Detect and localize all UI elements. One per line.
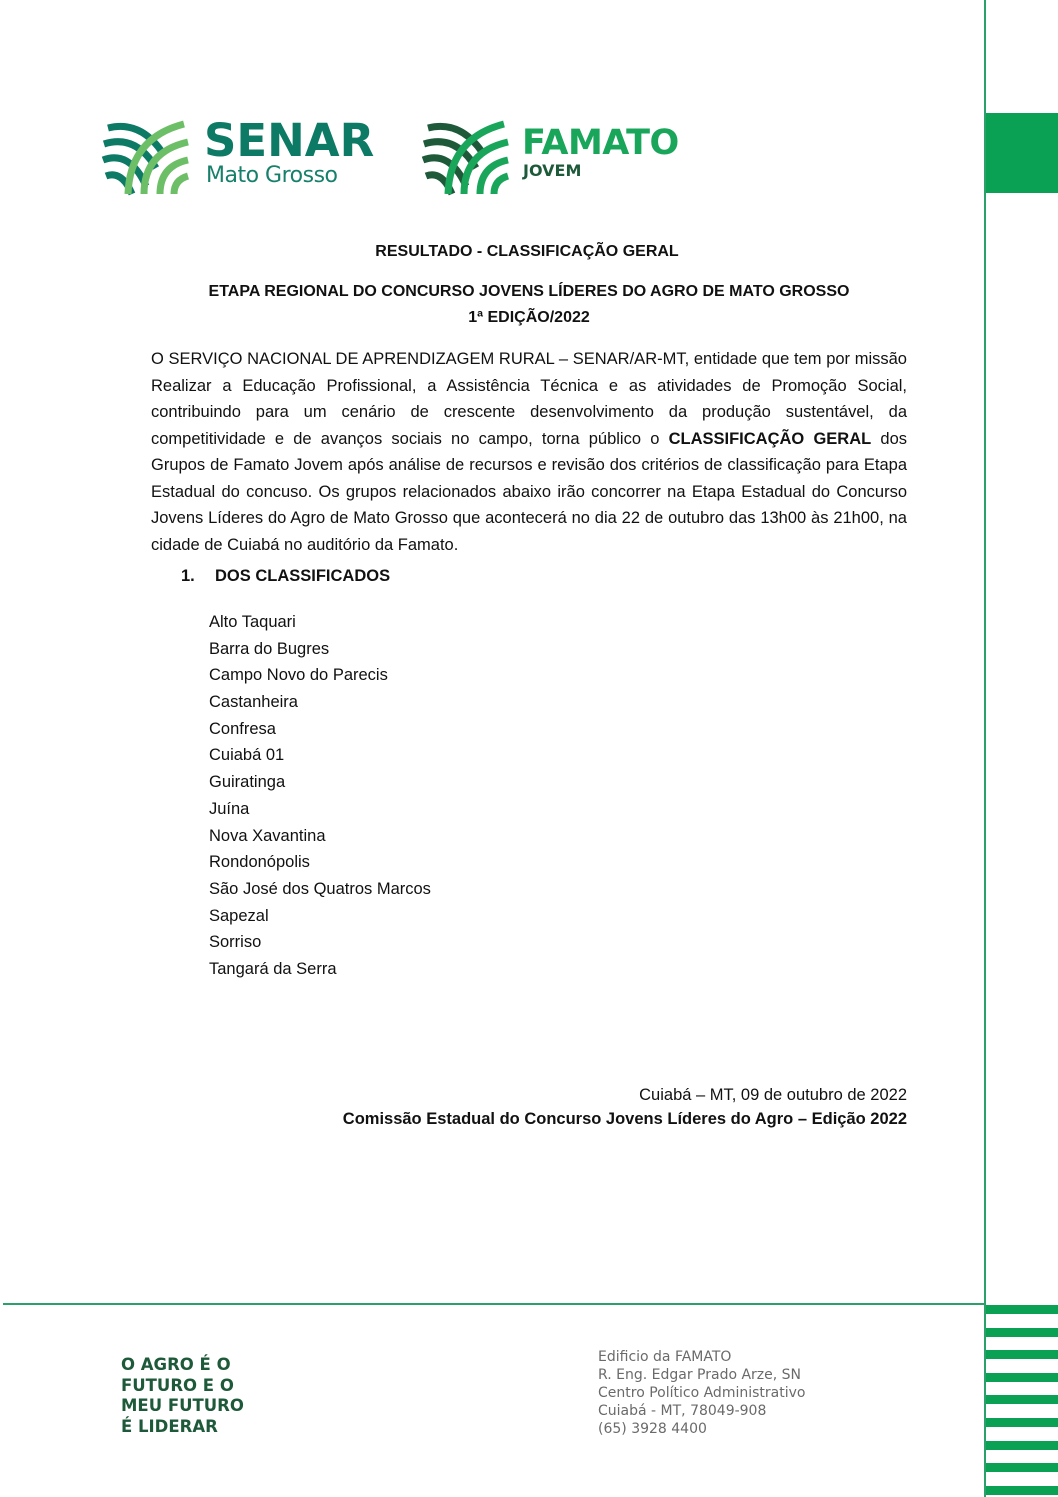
list-item: Sorriso	[209, 929, 431, 956]
list-item: São José dos Quatros Marcos	[209, 876, 431, 903]
list-item: Barra do Bugres	[209, 636, 431, 663]
document-edition: 1ª EDIÇÃO/2022	[0, 309, 1058, 327]
classified-groups-list: Alto TaquariBarra do BugresCampo Novo do…	[209, 609, 431, 983]
section-heading: 1.DOS CLASSIFICADOS	[181, 567, 390, 586]
list-item: Guiratinga	[209, 769, 431, 796]
address-line: Cuiabá - MT, 78049-908	[598, 1402, 805, 1420]
address-line: Edificio da FAMATO	[598, 1348, 805, 1366]
header-accent-block	[986, 113, 1058, 193]
footer-stripe	[986, 1395, 1058, 1404]
address-line: Centro Político Administrativo	[598, 1384, 805, 1402]
footer-stripe	[986, 1463, 1058, 1472]
footer-stripe	[986, 1418, 1058, 1427]
document-subtitle: ETAPA REGIONAL DO CONCURSO JOVENS LÍDERE…	[0, 283, 1058, 301]
intro-text-bold: CLASSIFICAÇÃO GERAL	[669, 430, 872, 448]
document-title: RESULTADO - CLASSIFICAÇÃO GERAL	[0, 243, 1056, 261]
footer-stripe	[986, 1350, 1058, 1359]
footer-stripe	[986, 1441, 1058, 1450]
list-item: Tangará da Serra	[209, 956, 431, 983]
list-item: Cuiabá 01	[209, 742, 431, 769]
footer-stripe	[986, 1328, 1058, 1337]
slogan-line: FUTURO E O	[121, 1376, 244, 1397]
famato-subtitle: JOVEM	[523, 163, 679, 179]
footer-stripe	[986, 1305, 1058, 1314]
slogan-line: É LIDERAR	[121, 1417, 244, 1438]
right-margin-rule	[984, 0, 986, 1497]
address-line: R. Eng. Edgar Prado Arze, SN	[598, 1366, 805, 1384]
address-line: (65) 3928 4400	[598, 1420, 805, 1438]
intro-paragraph: O SERVIÇO NACIONAL DE APRENDIZAGEM RURAL…	[151, 346, 907, 558]
list-item: Castanheira	[209, 689, 431, 716]
wheat-arc-emblem-icon	[100, 108, 190, 196]
list-item: Juína	[209, 796, 431, 823]
footer-rule	[3, 1303, 986, 1305]
footer-stripe	[986, 1373, 1058, 1382]
list-item: Alto Taquari	[209, 609, 431, 636]
footer-stripe	[986, 1486, 1058, 1495]
list-item: Rondonópolis	[209, 849, 431, 876]
signature-place-date: Cuiabá – MT, 09 de outubro de 2022	[639, 1086, 907, 1105]
signature-organization: Comissão Estadual do Concurso Jovens Líd…	[343, 1110, 907, 1129]
slogan-line: O AGRO É O	[121, 1355, 244, 1376]
slogan-line: MEU FUTURO	[121, 1396, 244, 1417]
section-title: DOS CLASSIFICADOS	[215, 567, 390, 585]
list-item: Campo Novo do Parecis	[209, 662, 431, 689]
list-item: Confresa	[209, 716, 431, 743]
famato-jovem-logo: FAMATO JOVEM	[420, 108, 679, 196]
section-number: 1.	[181, 567, 215, 586]
list-item: Nova Xavantina	[209, 823, 431, 850]
footer-slogan: O AGRO É OFUTURO E OMEU FUTUROÉ LIDERAR	[121, 1355, 244, 1437]
footer-address: Edificio da FAMATOR. Eng. Edgar Prado Ar…	[598, 1348, 805, 1438]
senar-logo: SENAR Mato Grosso	[100, 108, 374, 196]
list-item: Sapezal	[209, 903, 431, 930]
wheat-arc-emblem-icon	[420, 108, 510, 196]
senar-wordmark: SENAR	[204, 118, 374, 163]
famato-wordmark: FAMATO	[522, 126, 679, 161]
intro-text-end: dos Grupos de Famato Jovem após análise …	[151, 430, 907, 554]
senar-subtitle: Mato Grosso	[206, 165, 374, 187]
